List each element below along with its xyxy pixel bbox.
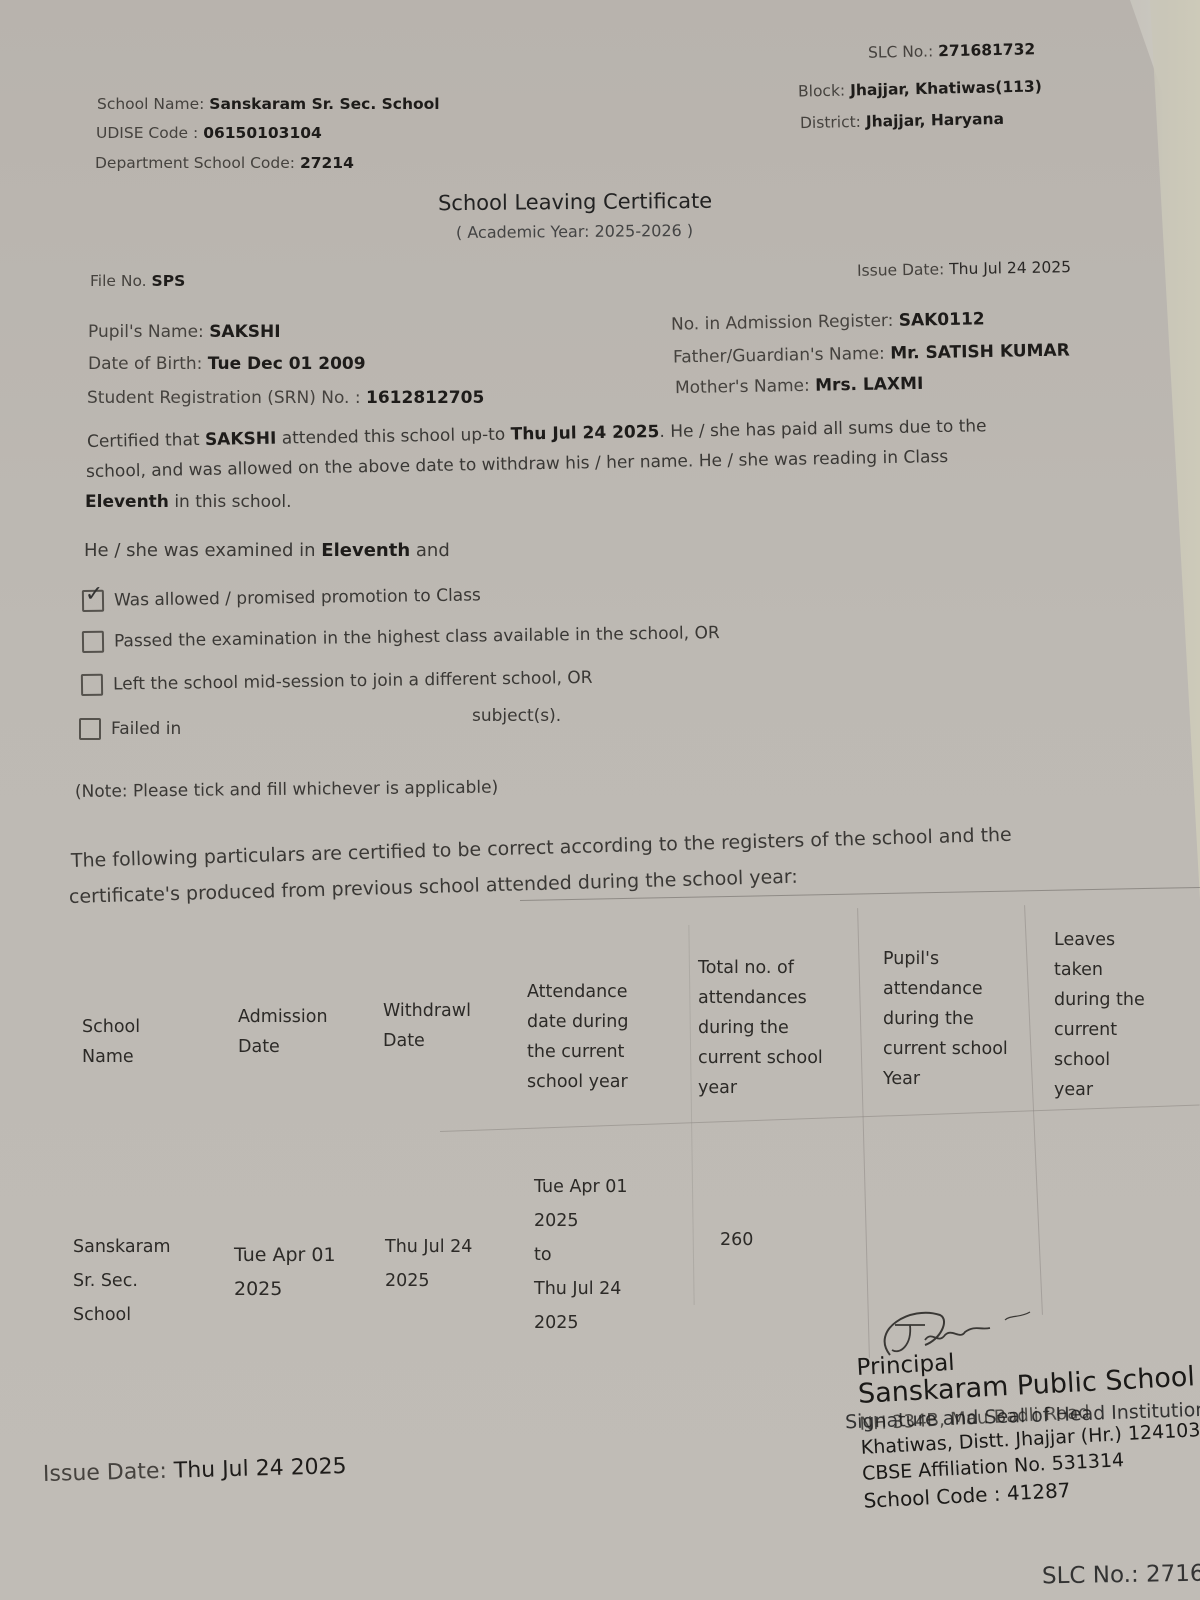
td-line: 2025 [534, 1306, 628, 1340]
dob-label: Date of Birth: [88, 354, 202, 374]
checkbox-checked[interactable]: ✓ [82, 590, 104, 612]
th-line: Date [383, 1026, 471, 1056]
th-line: Total no. of [698, 953, 823, 983]
issue-date-label: Issue Date: [857, 260, 945, 280]
checkbox[interactable] [82, 631, 104, 653]
srn-value: 1612812705 [366, 388, 484, 408]
th-line: attendance [883, 974, 1008, 1004]
td-line: 260 [720, 1225, 753, 1255]
school-name-value: Sanskaram Sr. Sec. School [209, 95, 439, 113]
td-line: to [534, 1238, 628, 1272]
td-line: Thu Jul 24 [534, 1272, 628, 1306]
pupil-name-value: SAKSHI [209, 322, 280, 342]
th-line: school year [527, 1067, 628, 1097]
father-name-value: Mr. SATISH KUMAR [890, 341, 1070, 364]
srn-field: Student Registration (SRN) No. : 1612812… [87, 388, 484, 408]
td-total-attendances: 260 [720, 1225, 753, 1255]
academic-year: ( Academic Year: 2025-2026 ) [456, 221, 693, 242]
th-admission-date: AdmissionDate [238, 1002, 328, 1062]
td-line: 2025 [385, 1264, 472, 1298]
cert-pupil-name: SAKSHI [205, 429, 277, 450]
slc-label: SLC No.: [868, 42, 934, 61]
th-line: current school [883, 1034, 1008, 1064]
dept-code-field: Department School Code: 27214 [95, 154, 354, 172]
td-withdrawl-date: Thu Jul 242025 [385, 1230, 472, 1298]
udise-label: UDISE Code : [96, 124, 198, 142]
issue-date-label: Issue Date: [43, 1459, 168, 1487]
school-name-label: School Name: [97, 95, 204, 113]
mother-name-label: Mother's Name: [675, 376, 810, 398]
issue-date-value: Thu Jul 24 2025 [174, 1454, 347, 1484]
th-line: Pupil's [883, 944, 1008, 974]
th-line: attendances [698, 983, 823, 1013]
th-line: during the [1054, 985, 1145, 1015]
th-pupil-attendance: Pupil'sattendanceduring thecurrent schoo… [883, 944, 1008, 1094]
admission-no-value: SAK0112 [899, 309, 985, 330]
th-leaves-taken: Leavestakenduring thecurrentschoolyear [1054, 925, 1145, 1105]
th-total-attendances: Total no. ofattendancesduring thecurrent… [698, 953, 823, 1103]
cert-date: Thu Jul 24 2025 [510, 422, 659, 445]
th-line: Date [238, 1032, 328, 1062]
th-school-name: SchoolName [82, 1012, 140, 1072]
th-line: during the [883, 1004, 1008, 1034]
option-failed[interactable]: Failed in [79, 718, 181, 740]
td-line: Tue Apr 01 [234, 1238, 336, 1272]
th-attendance-date: Attendancedate duringthe currentschool y… [527, 977, 628, 1097]
th-line: Attendance [527, 977, 628, 1007]
th-line: taken [1054, 955, 1145, 985]
th-line: school [1054, 1045, 1145, 1075]
issue-date-top: Issue Date: Thu Jul 24 2025 [857, 258, 1071, 280]
th-line: Admission [238, 1002, 328, 1032]
cert-text: in this school. [169, 492, 292, 512]
td-line: 2025 [234, 1272, 336, 1306]
exam-text: He / she was examined in [84, 540, 321, 561]
slc-number: SLC No.: 271681732 [868, 40, 1036, 61]
check-icon: ✓ [85, 582, 104, 607]
th-line: year [698, 1073, 823, 1103]
td-line: Tue Apr 01 [534, 1170, 628, 1204]
udise-field: UDISE Code : 06150103104 [96, 124, 322, 142]
td-school-name: SanskaramSr. Sec.School [73, 1230, 171, 1332]
examined-line: He / she was examined in Eleventh and [84, 540, 450, 561]
td-admission-date: Tue Apr 012025 [234, 1238, 336, 1306]
slc-number-bottom: SLC No.: 2716 [1042, 1561, 1200, 1590]
option-label: Failed in [111, 719, 181, 739]
td-line: Sanskaram [73, 1230, 171, 1264]
file-no-label: File No. [90, 272, 147, 290]
file-no-value: SPS [152, 272, 186, 290]
cert-text: attended this school up-to [276, 425, 511, 449]
srn-label: Student Registration (SRN) No. : [87, 388, 361, 408]
checkbox[interactable] [79, 718, 101, 740]
mother-name-value: Mrs. LAXMI [815, 374, 923, 396]
slc-value: 271681732 [938, 40, 1035, 60]
dept-code-value: 27214 [300, 154, 354, 172]
th-line: Year [883, 1064, 1008, 1094]
file-no-field: File No. SPS [90, 272, 185, 290]
pupil-name-field: Pupil's Name: SAKSHI [88, 322, 281, 342]
th-line: current school [698, 1043, 823, 1073]
cert-class: Eleventh [85, 492, 169, 512]
td-line: Sr. Sec. [73, 1264, 171, 1298]
pupil-name-label: Pupil's Name: [88, 322, 204, 342]
td-line: Thu Jul 24 [385, 1230, 472, 1264]
td-attendance-period: Tue Apr 012025toThu Jul 242025 [534, 1170, 628, 1340]
certification-line-3: Eleventh in this school. [85, 492, 292, 512]
dept-code-label: Department School Code: [95, 154, 295, 172]
th-line: current [1054, 1015, 1145, 1045]
th-line: Name [82, 1042, 140, 1072]
th-line: School [82, 1012, 140, 1042]
exam-text: and [410, 540, 450, 561]
district-label: District: [800, 113, 861, 132]
school-name-field: School Name: Sanskaram Sr. Sec. School [97, 95, 440, 113]
th-line: Leaves [1054, 925, 1145, 955]
failed-subjects-suffix: subject(s). [472, 706, 561, 726]
exam-class: Eleventh [321, 540, 410, 561]
udise-value: 06150103104 [203, 124, 322, 142]
certificate-title: School Leaving Certificate [438, 189, 712, 215]
th-line: Withdrawl [383, 996, 471, 1026]
father-name-label: Father/Guardian's Name: [673, 344, 885, 368]
td-line: 2025 [534, 1204, 628, 1238]
dob-field: Date of Birth: Tue Dec 01 2009 [88, 354, 366, 374]
school-stamp: Principal Sanskaram Public School NH 334… [856, 1337, 1200, 1513]
th-line: date during [527, 1007, 628, 1037]
checkbox[interactable] [81, 674, 103, 696]
option-label: Was allowed / promised promotion to Clas… [114, 585, 481, 610]
issue-date-value: Thu Jul 24 2025 [949, 258, 1071, 278]
admission-no-label: No. in Admission Register: [671, 311, 894, 335]
cert-text: Certified that [87, 430, 205, 452]
dob-value: Tue Dec 01 2009 [208, 354, 366, 374]
th-line: the current [527, 1037, 628, 1067]
block-label: Block: [798, 82, 846, 101]
th-line: year [1054, 1075, 1145, 1105]
td-line: School [73, 1298, 171, 1332]
th-withdrawl-date: WithdrawlDate [383, 996, 471, 1056]
district-value: Jhajjar, Haryana [866, 110, 1004, 131]
th-line: during the [698, 1013, 823, 1043]
